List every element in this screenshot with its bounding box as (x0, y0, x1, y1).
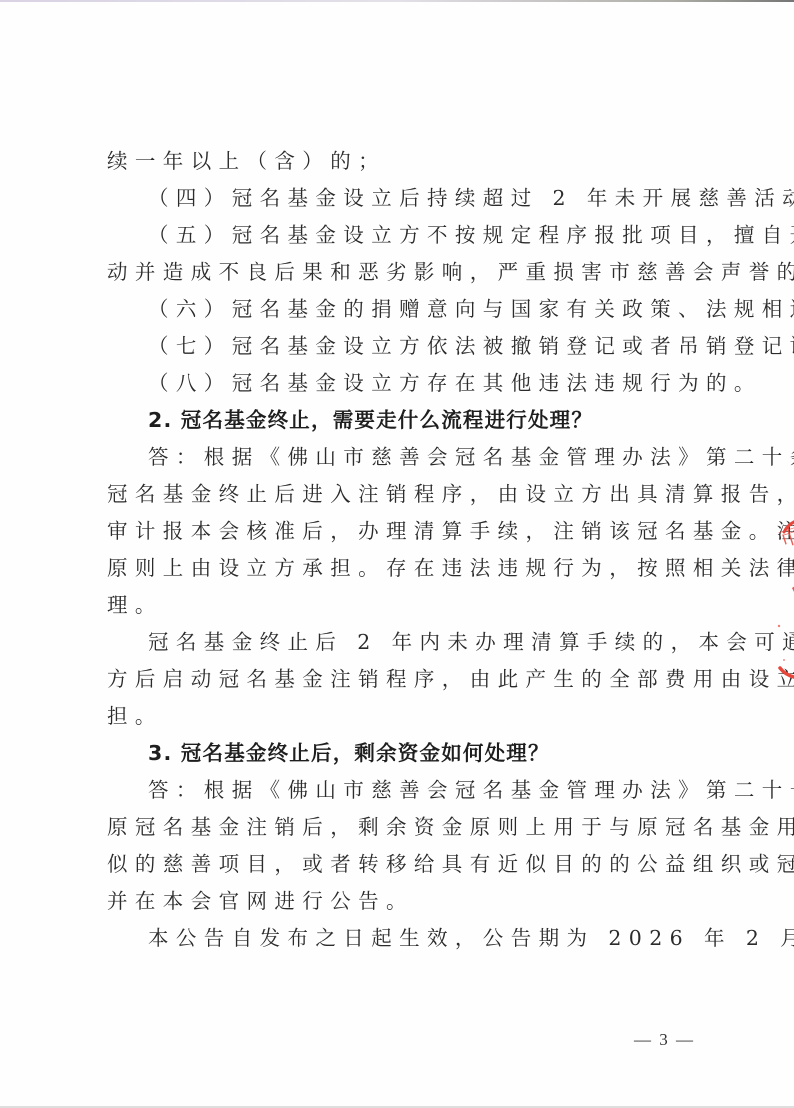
announcement-effective-line: 本公告自发布之日起生效，公告期为 2026 年 2 月 9 日-2 月 (107, 920, 717, 957)
answer-2-line: 冠名基金终止后进入注销程序，由设立方出具清算报告，经专项 (107, 476, 717, 513)
answer-3-line: 答：根据《佛山市慈善会冠名基金管理办法》第二十一条： (107, 772, 717, 809)
answer-2-paragraph-2: 担。 (107, 698, 717, 735)
page-number: — 3 — (634, 1030, 695, 1050)
answer-3-line: 并在本会官网进行公告。 (107, 883, 717, 920)
answer-3-line: 原冠名基金注销后，剩余资金原则上用于与原冠名基金用途相近 (107, 809, 717, 846)
answer-2-paragraph-2: 方后启动冠名基金注销程序，由此产生的全部费用由设立方承 (107, 661, 717, 698)
answer-2-line: 原则上由设立方承担。存在违法违规行为，按照相关法律规定处 (107, 550, 717, 587)
clause-8: （八）冠名基金设立方存在其他违法违规行为的。 (107, 365, 717, 402)
scan-top-edge (0, 0, 794, 2)
answer-3-line: 似的慈善项目，或者转移给具有近似目的的公益组织或冠名基金， (107, 846, 717, 883)
document-page: 续一年以上（含）的； （四）冠名基金设立后持续超过 2 年未开展慈善活动的； （… (0, 0, 794, 1108)
clause-7: （七）冠名基金设立方依法被撤销登记或者吊销登记证书的； (107, 328, 717, 365)
answer-2-line: 理。 (107, 587, 717, 624)
body-line: 续一年以上（含）的； (107, 143, 717, 180)
question-3-heading: 3. 冠名基金终止后，剩余资金如何处理？ (107, 735, 717, 772)
body-line: 动并造成不良后果和恶劣影响，严重损害市慈善会声誉的； (107, 254, 717, 291)
seal-text: 市 (775, 517, 794, 553)
question-2-heading: 2. 冠名基金终止，需要走什么流程进行处理？ (107, 402, 717, 439)
answer-2-line: 答：根据《佛山市慈善会冠名基金管理办法》第二十条规定： (107, 439, 717, 476)
answer-2-paragraph-2: 冠名基金终止后 2 年内未办理清算手续的，本会可通知设立 (107, 624, 717, 661)
clause-6: （六）冠名基金的捐赠意向与国家有关政策、法规相违背的； (107, 291, 717, 328)
answer-2-line: 审计报本会核准后，办理清算手续，注销该冠名基金。注销费用 (107, 513, 717, 550)
clause-5: （五）冠名基金设立方不按规定程序报批项目，擅自开展活 (107, 217, 717, 254)
document-body: 续一年以上（含）的； （四）冠名基金设立后持续超过 2 年未开展慈善活动的； （… (107, 143, 717, 957)
clause-4: （四）冠名基金设立后持续超过 2 年未开展慈善活动的； (107, 180, 717, 217)
